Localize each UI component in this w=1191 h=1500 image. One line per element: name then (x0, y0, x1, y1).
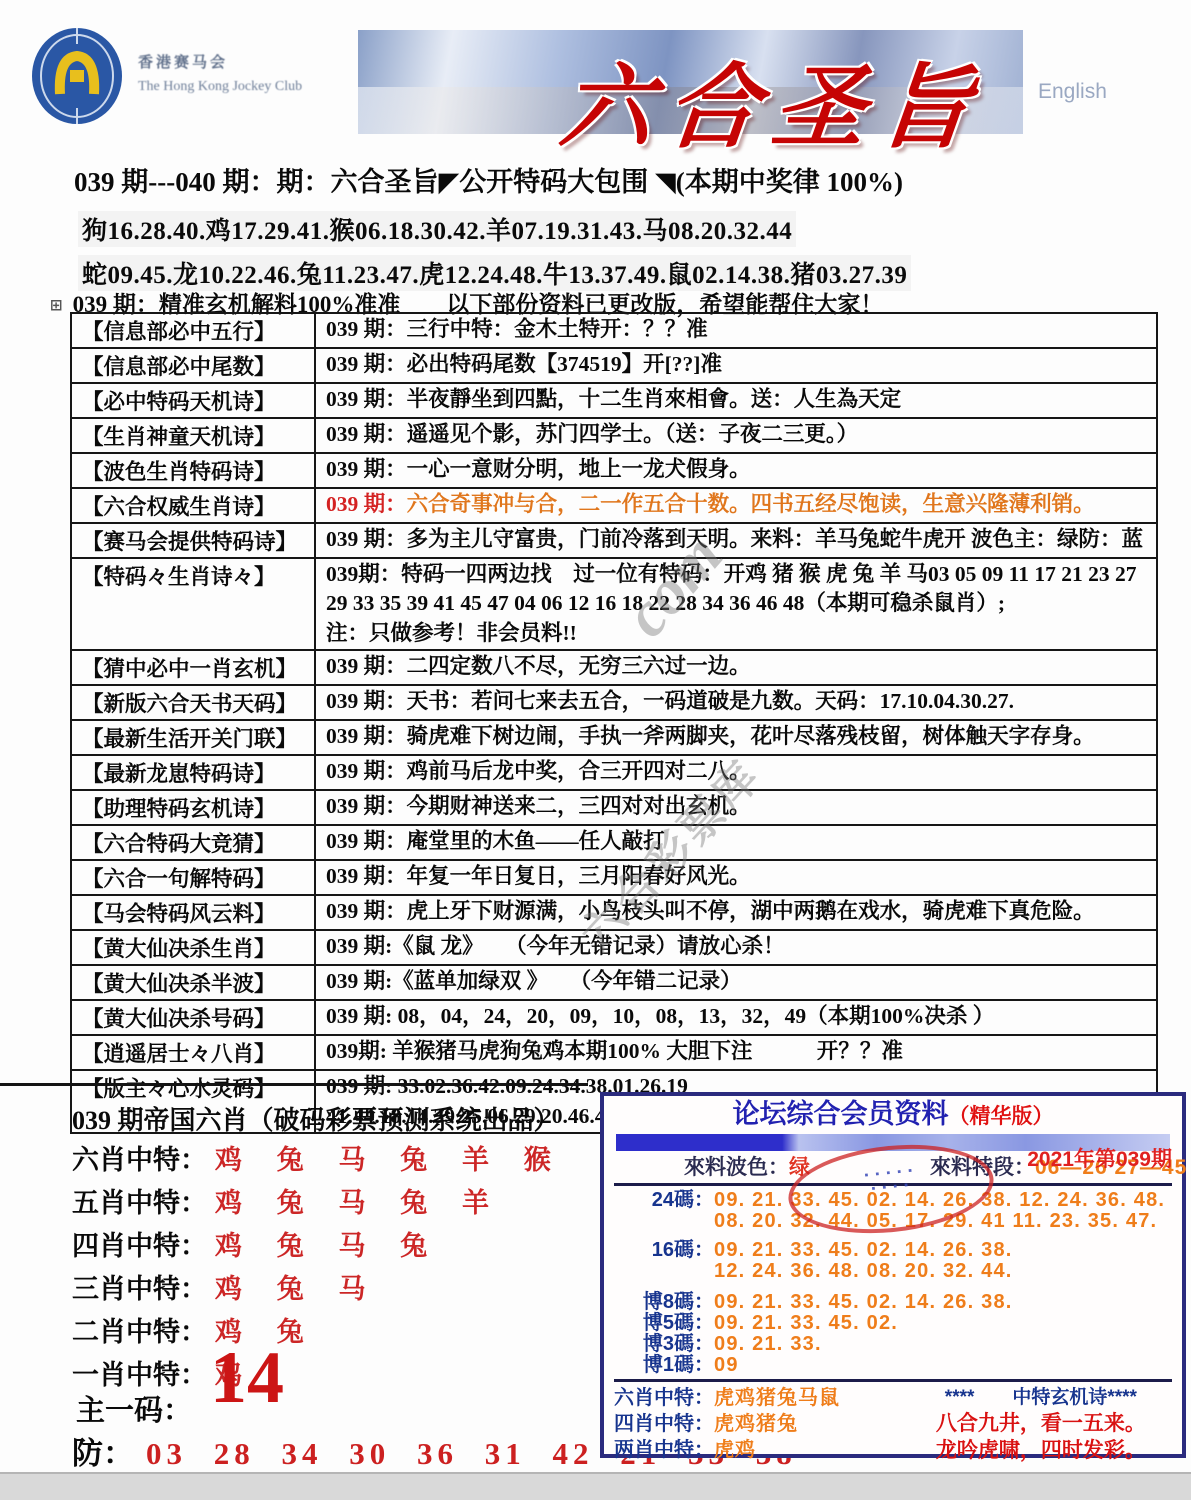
info-table: 【信息部必中五行】039 期：三行中特：金木土特开：？？准【信息部必中尾数】03… (70, 312, 1158, 1134)
mystery-poem: **** 中特玄机诗**** 八合九井，看一五来。龙吟虎啸，四时发彩。 (910, 1386, 1172, 1464)
row-label: 【特码々生肖诗々】 (71, 558, 315, 650)
row-value: 039期：特码一四两边找 过一位有特码：开鸡 猪 猴 虎 兔 羊 马03 05 … (315, 558, 1157, 650)
row-label: 【六合一句解特码】 (71, 860, 315, 895)
member-zodiac-value: 虎鸡 (714, 1439, 756, 1461)
row-value-line: 039 期：骑虎难下树边闹，手执一斧两脚夹，花叶尽落残枝留，树体触天字存身。 (326, 722, 1156, 751)
row-label: 【最新龙崽特码诗】 (71, 755, 315, 790)
row-value: 039 期：二四定数八不尽，无穷三六过一边。 (315, 650, 1157, 685)
empire-six-zodiac-section: 039 期帝国六肖（破码彩票预测系统出品） 六肖中特：鸡 兔 马 兔 羊 猴五肖… (72, 1100, 565, 1399)
row-label: 【新版六合天书天码】 (71, 685, 315, 720)
code-row-label: 博3碼： (614, 1334, 714, 1355)
club-name-en: The Hong Kong Jockey Club (138, 75, 302, 98)
row-value-line: 039 期：半夜靜坐到四點，十二生肖來相會。送：人生為天定 (326, 385, 1156, 414)
row-value-line: 039 期:《鼠 龙》 （今年无错记录）请放心杀！ (326, 932, 1156, 961)
row-value-line: 039 期：今期财神送来二，三四对对出玄机。 (326, 792, 1156, 821)
row-label: 【助理特码玄机诗】 (71, 790, 315, 825)
row-label: 【赛马会提供特码诗】 (71, 523, 315, 558)
empire-row-value: 鸡 兔 马 兔 羊 猴 (215, 1145, 565, 1175)
wave-label: 來料波色： (684, 1156, 789, 1179)
table-row: 【信息部必中五行】039 期：三行中特：金木土特开：？？准 (71, 313, 1157, 348)
table-row: 【黄大仙决杀半波】039 期:《蓝单加绿双 》 （今年错二记录） (71, 965, 1157, 1000)
code-row: 博8碼：09. 21. 33. 45. 02. 14. 26. 38. (614, 1292, 1172, 1313)
row-value: 039 期: 08，04，24，20，09，10，08，13，32，49（本期1… (315, 1000, 1157, 1035)
table-row: 【黄大仙决杀号码】039 期: 08，04，24，20，09，10，08，13，… (71, 1000, 1157, 1035)
row-value-period: 039 期： (326, 492, 407, 516)
row-value-line: 039 期：虎上牙下财源满，小鸟枝头叫不停，湖中两鹅在戏水，骑虎难下真危险。 (326, 897, 1156, 926)
row-label: 【黄大仙决杀生肖】 (71, 930, 315, 965)
table-row: 【六合权威生肖诗】039 期：六合奇事冲与合，二一作五合十数。四书五经尽饱读，生… (71, 488, 1157, 523)
row-value-line: 039 期：年复一年日复日，三月阳春好风光。 (326, 862, 1156, 891)
row-value: 039 期：多为主儿守富贵，门前冷落到天明。来料：羊马兔蛇牛虎开 波色主：绿防：… (315, 523, 1157, 558)
code-row: 博5碼：09. 21. 33. 45. 02. (614, 1313, 1172, 1334)
main-code-label: 主一码： (76, 1388, 192, 1429)
member-box-title-suffix: （精华版） (949, 1105, 1054, 1128)
table-row: 【新版六合天书天码】039 期：天书：若问七来去五合，一码道破是九数。天码：17… (71, 685, 1157, 720)
empire-row: 四肖中特：鸡 兔 马 兔 (72, 1227, 565, 1270)
code-row-line: 09. 21. 33. 45. 02. (714, 1313, 898, 1334)
row-label: 【必中特码天机诗】 (71, 383, 315, 418)
empire-row-label: 六肖中特： (72, 1145, 207, 1175)
table-row: 【黄大仙决杀生肖】039 期:《鼠 龙》 （今年无错记录）请放心杀！ (71, 930, 1157, 965)
member-zodiac-label: 六肖中特： (614, 1387, 714, 1409)
member-zodiac-row: 两肖中特：虎鸡 (614, 1438, 910, 1464)
row-value: 039 期：必出特码尾数【374519】开[??]准 (315, 348, 1157, 383)
table-row: 【逍遥居士々八肖】039期: 羊猴猪马虎狗兔鸡本期100% 大胆下注 开？？准 (71, 1035, 1157, 1070)
row-label: 【生肖神童天机诗】 (71, 418, 315, 453)
member-zodiac-value: 虎鸡猪兔 (714, 1413, 798, 1435)
row-value-line: 注：只做参考！非会员料!! (326, 619, 1156, 648)
row-label: 【猜中必中一肖玄机】 (71, 650, 315, 685)
member-box-title: 论坛综合会员资料（精华版） (614, 1098, 1172, 1133)
table-row: 【最新龙崽特码诗】039 期：鸡前马后龙中奖，合三开四对二八。 (71, 755, 1157, 790)
row-label: 【黄大仙决杀号码】 (71, 1000, 315, 1035)
row-value-line: 039 期：必出特码尾数【374519】开[??]准 (326, 350, 1156, 379)
row-value-line: 039 期：天书：若问七来去五合，一码道破是九数。天码：17.10.04.30.… (326, 687, 1156, 716)
row-label: 【六合特码大竞猜】 (71, 825, 315, 860)
table-row: 【马会特码风云料】039 期：虎上牙下财源满，小鸟枝头叫不停，湖中两鹅在戏水，骑… (71, 895, 1157, 930)
code-row-line: 09. 21. 33. 45. 02. 14. 26. 38. (714, 1292, 1013, 1313)
member-zodiac-value: 虎鸡猪兔马鼠 (714, 1387, 840, 1409)
row-value-line: 039期: 羊猴猪马虎狗兔鸡本期100% 大胆下注 开？？准 (326, 1037, 1156, 1066)
table-row: 【生肖神童天机诗】039 期：遥遥见个影，苏门四学士。（送：子夜二三更。） (71, 418, 1157, 453)
zodiac-number-line-1: 狗16.28.40.鸡17.29.41.猴06.18.30.42.羊07.19.… (78, 211, 796, 247)
row-value-line: 039 期：鸡前马后龙中奖，合三开四对二八。 (326, 757, 1156, 786)
code-row-label: 16碼： (614, 1240, 714, 1282)
table-row: 【最新生活开关门联】039 期：骑虎难下树边闹，手执一斧两脚夹，花叶尽落残枝留，… (71, 720, 1157, 755)
code-row-line: 12. 24. 36. 48. 08. 20. 32. 44. (714, 1261, 1013, 1282)
row-value-line: 039 期：多为主儿守富贵，门前冷落到天明。来料：羊马兔蛇牛虎开 波色主：绿防：… (326, 525, 1156, 554)
row-value: 039 期：虎上牙下财源满，小鸟枝头叫不停，湖中两鹅在戏水，骑虎难下真危险。 (315, 895, 1157, 930)
table-row: 【必中特码天机诗】039 期：半夜靜坐到四點，十二生肖來相會。送：人生為天定 (71, 383, 1157, 418)
table-row: 【波色生肖特码诗】039 期：一心一意财分明，地上一龙犬假身。 (71, 453, 1157, 488)
table-row: 【信息部必中尾数】039 期：必出特码尾数【374519】开[??]准 (71, 348, 1157, 383)
row-label: 【波色生肖特码诗】 (71, 453, 315, 488)
row-value-line: 039期：特码一四两边找 过一位有特码：开鸡 猪 猴 虎 兔 羊 马03 05 … (326, 560, 1156, 589)
code-row: 16碼：09. 21. 33. 45. 02. 14. 26. 38.12. 2… (614, 1240, 1172, 1282)
empire-title: 039 期帝国六肖（破码彩票预测系统出品） (72, 1100, 565, 1137)
empire-row: 三肖中特：鸡 兔 马 (72, 1270, 565, 1313)
code-row-numbers: 09 (714, 1355, 739, 1376)
row-label: 【逍遥居士々八肖】 (71, 1035, 315, 1070)
member-bottom: 六肖中特：虎鸡猪兔马鼠四肖中特：虎鸡猪兔两肖中特：虎鸡 **** 中特玄机诗**… (614, 1386, 1172, 1464)
row-value: 039 期:《鼠 龙》 （今年无错记录）请放心杀！ (315, 930, 1157, 965)
row-value-line: 29 33 35 39 41 45 47 04 06 12 16 18 22 2… (326, 589, 1156, 618)
page-title: 六合圣旨 (555, 34, 993, 166)
row-label: 【最新生活开关门联】 (71, 720, 315, 755)
row-value: 039期: 羊猴猪马虎狗兔鸡本期100% 大胆下注 开？？准 (315, 1035, 1157, 1070)
main-code-value: 14 (210, 1336, 284, 1421)
section-divider (0, 1083, 588, 1086)
row-value-line: 039 期：庵堂里的木鱼——任人敲打 (326, 827, 1156, 856)
empire-row-label: 四肖中特： (72, 1231, 207, 1261)
member-zodiac-row: 四肖中特：虎鸡猪兔 (614, 1412, 910, 1438)
empire-row: 二肖中特：鸡 兔 (72, 1313, 565, 1356)
club-name-cn: 香港赛马会 (138, 52, 302, 75)
row-value: 039 期：骑虎难下树边闹，手执一斧两脚夹，花叶尽落残枝留，树体触天字存身。 (315, 720, 1157, 755)
table-row: 【猜中必中一肖玄机】039 期：二四定数八不尽，无穷三六过一边。 (71, 650, 1157, 685)
row-value-line: 039 期：遥遥见个影，苏门四学士。（送：子夜二三更。） (326, 420, 1156, 449)
empire-row-label: 二肖中特： (72, 1317, 207, 1347)
empire-row-value: 鸡 兔 马 (215, 1274, 380, 1304)
club-name: 香港赛马会 The Hong Kong Jockey Club (138, 52, 302, 98)
row-value-line: 039 期:《蓝单加绿双 》 （今年错二记录） (326, 967, 1156, 996)
row-value: 039 期：半夜靜坐到四點，十二生肖來相會。送：人生為天定 (315, 383, 1157, 418)
row-value: 039 期：天书：若问七来去五合，一码道破是九数。天码：17.10.04.30.… (315, 685, 1157, 720)
table-row: 【赛马会提供特码诗】039 期：多为主儿守富贵，门前冷落到天明。来料：羊马兔蛇牛… (71, 523, 1157, 558)
lottery-tip-sheet-page: 香港赛马会 The Hong Kong Jockey Club 六合圣旨 Eng… (0, 0, 1191, 1500)
stamp-inner-marks: ▪ ▪ ▪ ▪ ▪▪ ▪ ▪ ▪ (790, 1156, 990, 1205)
row-value: 039 期：庵堂里的木鱼——任人敲打 (315, 825, 1157, 860)
empire-row-label: 一肖中特： (72, 1360, 207, 1390)
table-row: 【特码々生肖诗々】039期：特码一四两边找 过一位有特码：开鸡 猪 猴 虎 兔 … (71, 558, 1157, 650)
table-row: 【六合特码大竞猜】039 期：庵堂里的木鱼——任人敲打 (71, 825, 1157, 860)
code-row-line: 09. 21. 33. 45. 02. 14. 26. 38. (714, 1240, 1013, 1261)
code-row-numbers: 09. 21. 33. 45. 02. (714, 1313, 898, 1334)
guard-label: 防： (72, 1436, 134, 1471)
jockey-club-logo-icon (30, 26, 124, 126)
issue-badge: 2021年第039期 (1027, 1143, 1172, 1173)
code-row-label: 24碼： (614, 1190, 714, 1232)
footer-strip (0, 1472, 1191, 1500)
english-link[interactable]: English (1038, 80, 1107, 104)
empire-row-label: 五肖中特： (72, 1188, 207, 1218)
row-value-line: 039 期：一心一意财分明，地上一龙犬假身。 (326, 455, 1156, 484)
code-row-numbers: 09. 21. 33. 45. 02. 14. 26. 38.12. 24. 3… (714, 1240, 1013, 1282)
code-row-numbers: 09. 21. 33. 45. 02. 14. 26. 38. (714, 1292, 1013, 1313)
code-row: 博3碼：09. 21. 33. (614, 1334, 1172, 1355)
row-label: 【黄大仙决杀半波】 (71, 965, 315, 1000)
code-row-label: 博5碼： (614, 1313, 714, 1334)
empire-row-label: 三肖中特： (72, 1274, 207, 1304)
empire-row-value: 鸡 兔 马 兔 羊 (215, 1188, 503, 1218)
row-value: 039 期：三行中特：金木土特开：？？准 (315, 313, 1157, 348)
poem-title: **** 中特玄机诗**** (910, 1386, 1172, 1410)
row-value-line: 039 期：三行中特：金木土特开：？？准 (326, 315, 1156, 344)
row-value: 039 期：六合奇事冲与合，二一作五合十数。四书五经尽饱读，生意兴隆薄利销。 (315, 488, 1157, 523)
member-zodiac-label: 两肖中特： (614, 1439, 714, 1461)
row-label: 【六合权威生肖诗】 (71, 488, 315, 523)
code-row-label: 博8碼： (614, 1292, 714, 1313)
row-value-text: 六合奇事冲与合，二一作五合十数。四书五经尽饱读，生意兴隆薄利销。 (407, 492, 1095, 516)
empire-row-value: 鸡 兔 马 兔 (215, 1231, 441, 1261)
row-value: 039 期：一心一意财分明，地上一龙犬假身。 (315, 453, 1157, 488)
code-row-numbers: 09. 21. 33. (714, 1334, 822, 1355)
poem-line: 八合九井，看一五来。 (910, 1410, 1172, 1437)
row-value: 039 期:《蓝单加绿双 》 （今年错二记录） (315, 965, 1157, 1000)
member-zodiac-label: 四肖中特： (614, 1413, 714, 1435)
member-zodiac-row: 六肖中特：虎鸡猪兔马鼠 (614, 1386, 910, 1412)
row-value: 039 期：鸡前马后龙中奖，合三开四对二八。 (315, 755, 1157, 790)
issue-headline: 039 期---040 期：期：六合圣旨◤公开特码大包围 ◥(本期中奖律 100… (74, 160, 903, 199)
table-row: 【助理特码玄机诗】039 期：今期财神送来二，三四对对出玄机。 (71, 790, 1157, 825)
empire-row: 六肖中特：鸡 兔 马 兔 羊 猴 (72, 1141, 565, 1184)
rule-bottom (614, 1379, 1172, 1382)
code-row-line: 09. 21. 33. (714, 1334, 822, 1355)
row-value-line: 039 期：二四定数八不尽，无穷三六过一边。 (326, 652, 1156, 681)
row-value-line: 039 期: 08，04，24，20，09，10，08，13，32，49（本期1… (326, 1002, 1156, 1031)
code-row: 博1碼：09 (614, 1355, 1172, 1376)
row-label: 【马会特码风云料】 (71, 895, 315, 930)
row-value-line: 039 期：六合奇事冲与合，二一作五合十数。四书五经尽饱读，生意兴隆薄利销。 (326, 490, 1156, 519)
row-label: 【信息部必中尾数】 (71, 348, 315, 383)
table-handle-icon: ⊞ (50, 296, 63, 314)
table-row: 【六合一句解特码】039 期：年复一年日复日，三月阳春好风光。 (71, 860, 1157, 895)
poem-line: 龙吟虎啸，四时发彩。 (910, 1437, 1172, 1464)
code-row-line: 09 (714, 1355, 739, 1376)
row-label: 【信息部必中五行】 (71, 313, 315, 348)
row-value: 039 期：年复一年日复日，三月阳春好风光。 (315, 860, 1157, 895)
row-value: 039 期：遥遥见个影，苏门四学士。（送：子夜二三更。） (315, 418, 1157, 453)
member-box-title-text: 论坛综合会员资料 (733, 1099, 949, 1129)
empire-row: 五肖中特：鸡 兔 马 兔 羊 (72, 1184, 565, 1227)
row-value: 039 期：今期财神送来二，三四对对出玄机。 (315, 790, 1157, 825)
code-row-label: 博1碼： (614, 1355, 714, 1376)
